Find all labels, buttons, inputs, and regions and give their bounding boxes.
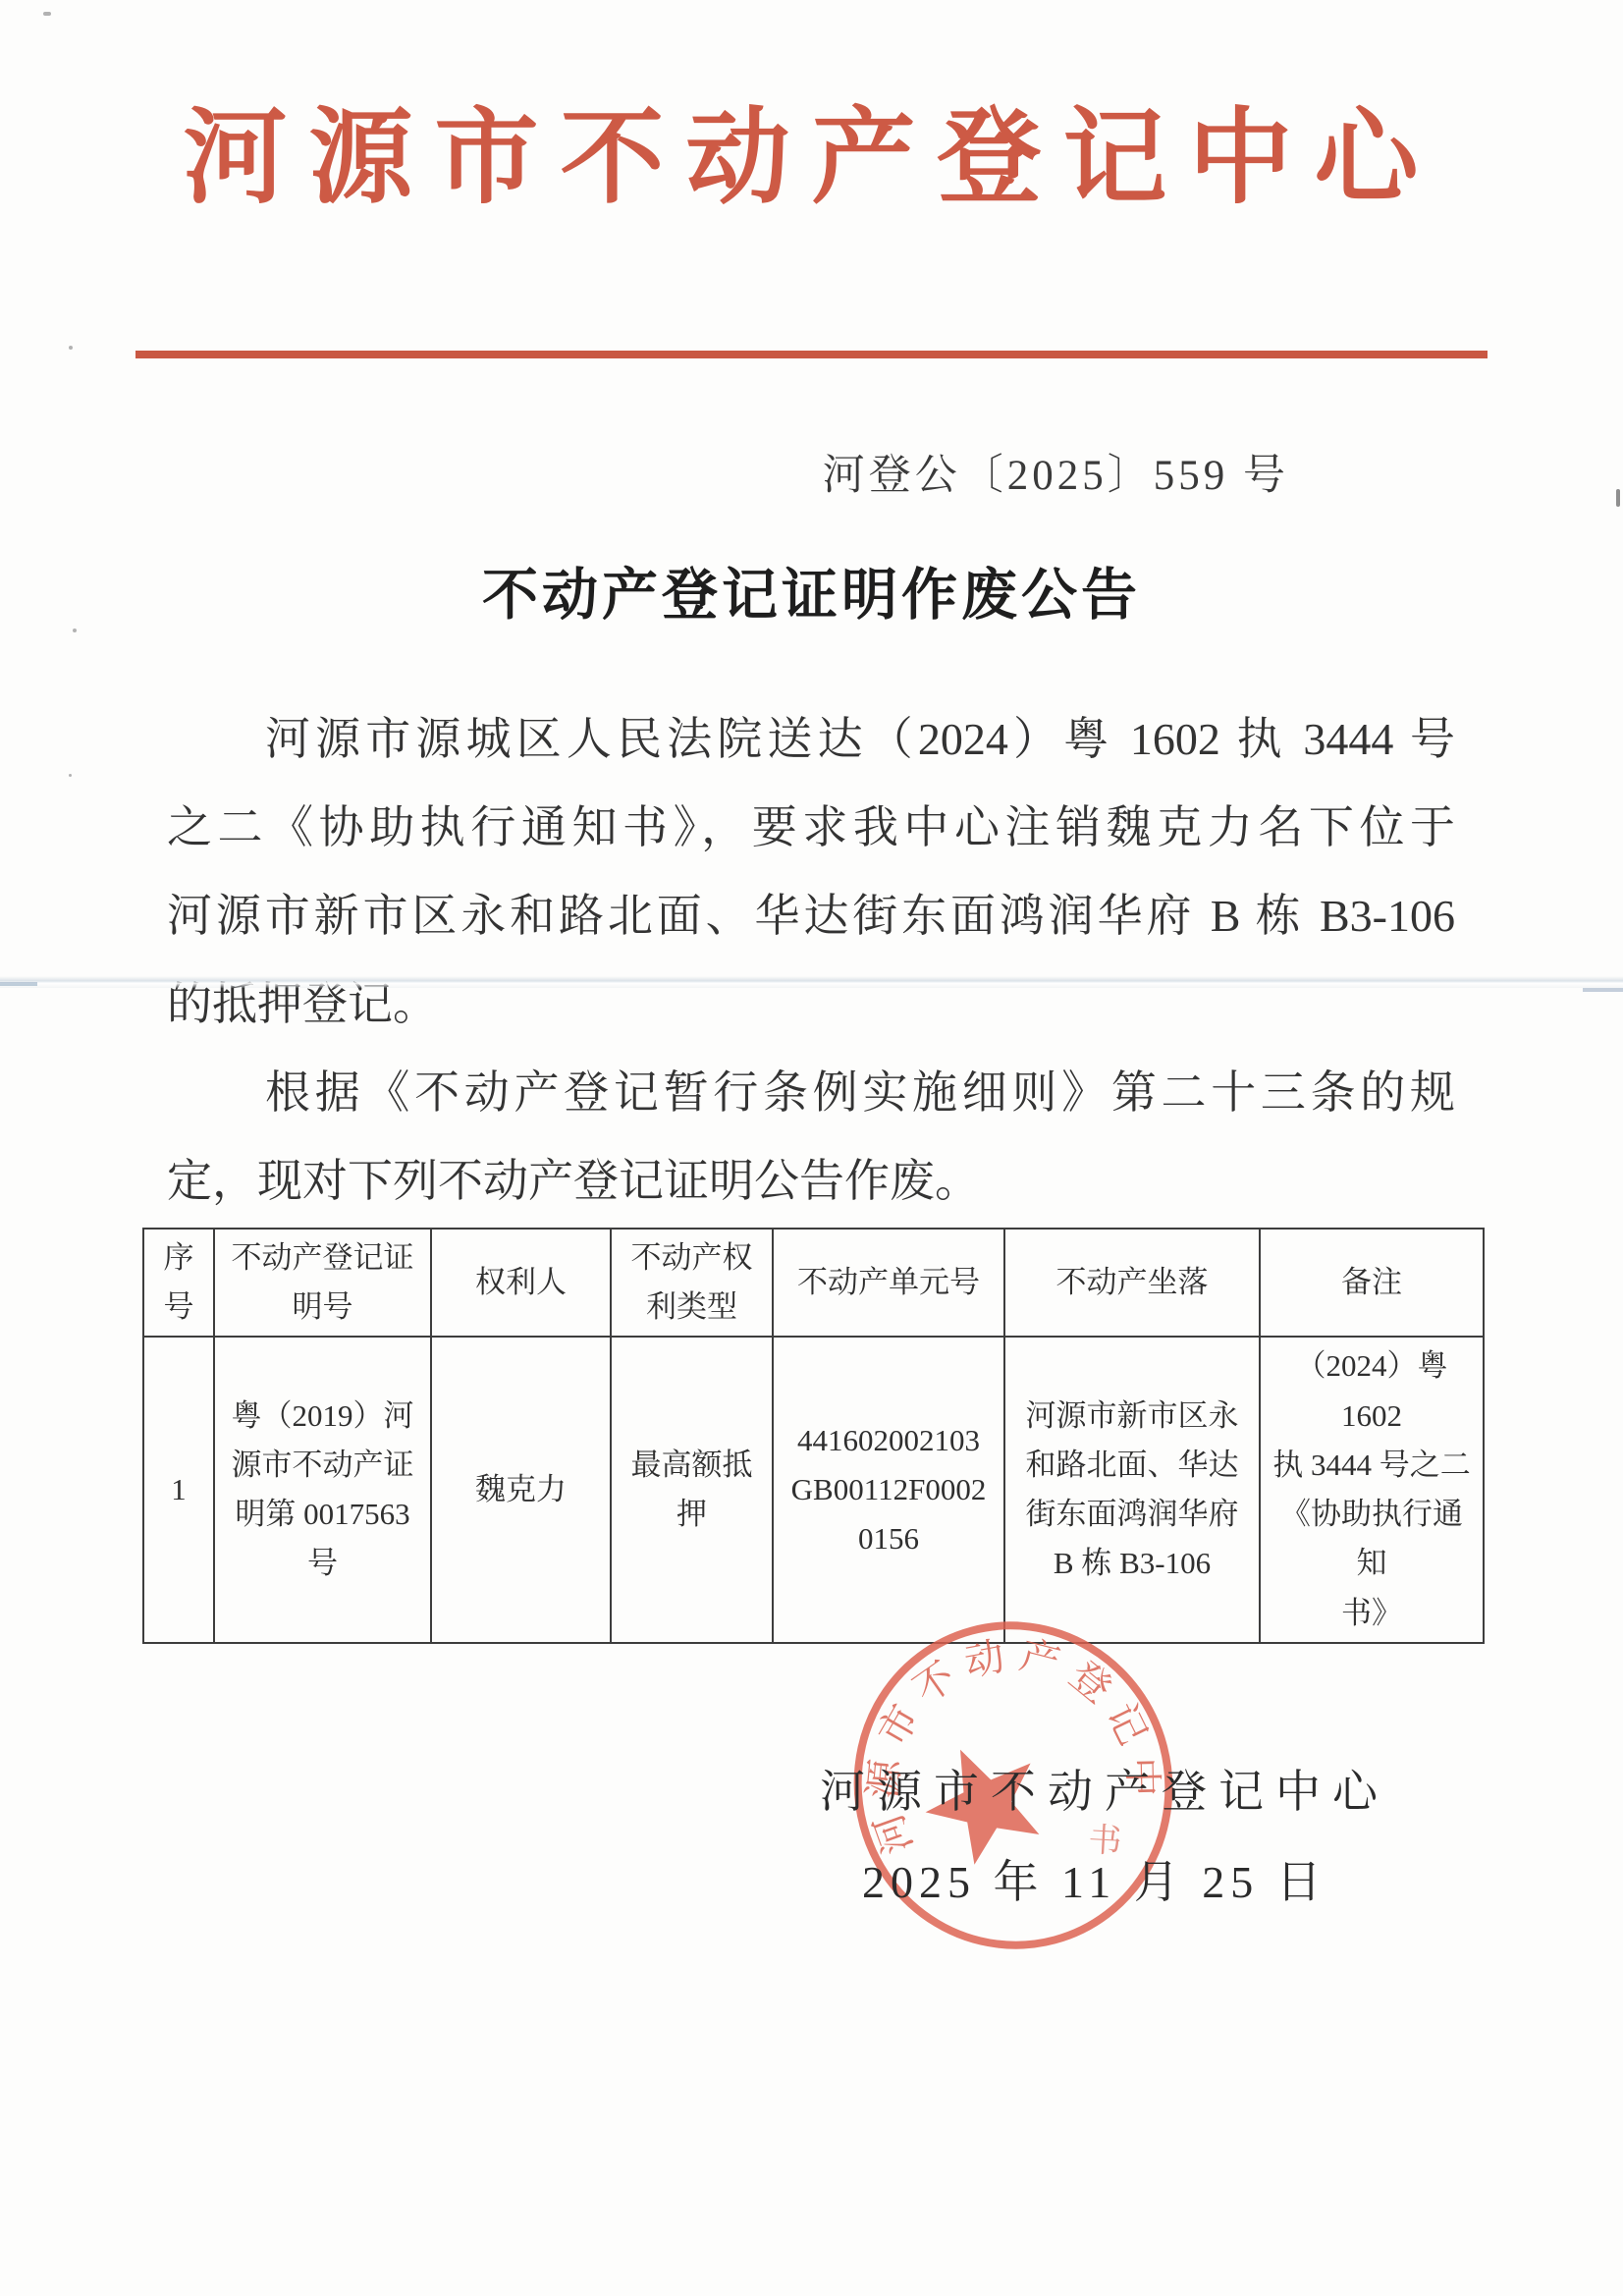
scan-speck <box>69 346 73 350</box>
document-page: 河源市不动产登记中心 河登公〔2025〕559 号 不动产登记证明作废公告 河源… <box>0 0 1623 2296</box>
header-cell: 备注 <box>1260 1229 1484 1337</box>
header-cell: 不动产单元号 <box>773 1229 1004 1337</box>
scan-speck <box>69 774 72 777</box>
table-cell: （2024）粤 1602 执 3444 号之二 《协助执行通知 书》 <box>1260 1337 1484 1642</box>
paragraphs: 河源市源城区人民法院送达（2024）粤 1602 执 3444 号之二《协助执行… <box>167 695 1455 1226</box>
scan-speck <box>1616 489 1620 507</box>
paragraph-line: 河源市源城区人民法院送达（2024）粤 1602 执 3444 号 <box>167 695 1455 784</box>
paragraph-line: 河源市新市区永和路北面、华达街东面鸿润华府 B 栋 B3-106 <box>167 872 1455 960</box>
table-cell: 粤（2019）河 源市不动产证 明第 0017563 号 <box>214 1337 431 1642</box>
paragraph-line: 根据《不动产登记暂行条例实施细则》第二十三条的规 <box>167 1049 1455 1137</box>
table-cell: 1 <box>143 1337 214 1642</box>
scan-fold-dash-right <box>1583 988 1623 992</box>
table-head: 序 号不动产登记证 明号权利人不动产权 利类型不动产单元号不动产坐落备注 <box>143 1229 1484 1337</box>
header-row: 序 号不动产登记证 明号权利人不动产权 利类型不动产单元号不动产坐落备注 <box>143 1229 1484 1337</box>
letterhead-title: 河源市不动产登记中心 <box>0 94 1623 225</box>
letterhead-rule <box>135 351 1488 358</box>
issue-date: 2025 年 11 月 25 日 <box>862 1846 1327 1911</box>
doc-number: 河登公〔2025〕559 号 <box>823 442 1289 502</box>
header-cell: 权利人 <box>431 1229 611 1337</box>
table-cell: 441602002103 GB00112F0002 0156 <box>773 1337 1004 1642</box>
table-cell: 魏克力 <box>431 1337 611 1642</box>
scan-speck <box>43 12 51 16</box>
notice-title: 不动产登记证明作废公告 <box>0 550 1623 630</box>
announcement-table: 序 号不动产登记证 明号权利人不动产权 利类型不动产单元号不动产坐落备注 1粤（… <box>142 1228 1485 1644</box>
paragraph-line: 定，现对下列不动产登记证明公告作废。 <box>167 1137 1455 1226</box>
issuer-signature: 河源市不动产登记中心 <box>820 1756 1389 1821</box>
header-cell: 不动产登记证 明号 <box>214 1229 431 1337</box>
table-row: 1粤（2019）河 源市不动产证 明第 0017563 号魏克力最高额抵 押44… <box>143 1337 1484 1642</box>
header-cell: 序 号 <box>143 1229 214 1337</box>
header-cell: 不动产坐落 <box>1004 1229 1260 1337</box>
table-body: 1粤（2019）河 源市不动产证 明第 0017563 号魏克力最高额抵 押44… <box>143 1337 1484 1642</box>
table-cell: 最高额抵 押 <box>611 1337 773 1642</box>
table-cell: 河源市新市区永 和路北面、华达 街东面鸿润华府 B 栋 B3-106 <box>1004 1337 1260 1642</box>
scan-fold-dash-left <box>0 982 37 986</box>
paragraph-line: 的抵押登记。 <box>167 960 1455 1049</box>
scan-speck <box>73 629 77 632</box>
paragraph-line: 之二《协助执行通知书》，要求我中心注销魏克力名下位于 <box>167 784 1455 872</box>
header-cell: 不动产权 利类型 <box>611 1229 773 1337</box>
